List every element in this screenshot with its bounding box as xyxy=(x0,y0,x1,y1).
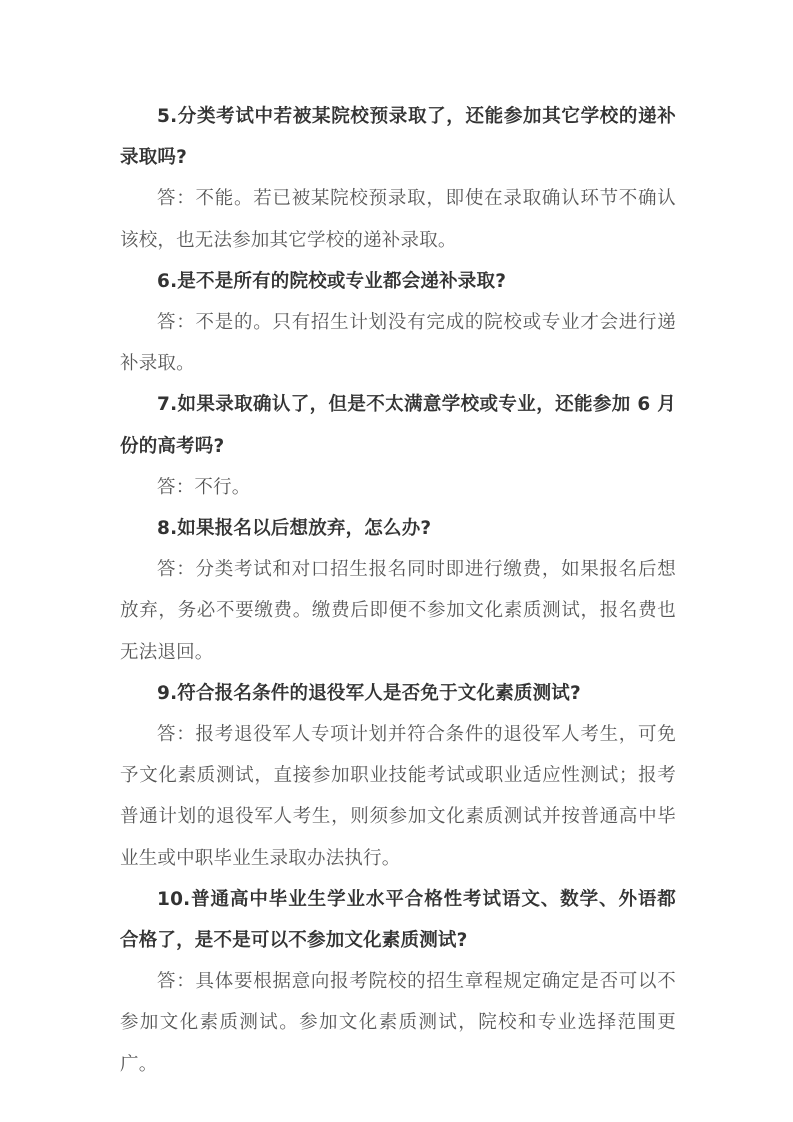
faq-question-7: 7.如果录取确认了，但是不太满意学校或专业，还能参加 6 月份的高考吗? xyxy=(120,384,676,466)
faq-question-10: 10.普通高中毕业生学业水平合格性考试语文、数学、外语都合格了，是不是可以不参加… xyxy=(120,879,676,961)
faq-answer-5: 答：不能。若已被某院校预录取，即使在录取确认环节不确认该校，也无法参加其它学校的… xyxy=(120,178,676,260)
document-page: 5.分类考试中若被某院校预录取了，还能参加其它学校的递补录取吗? 答：不能。若已… xyxy=(120,96,676,1085)
faq-question-5: 5.分类考试中若被某院校预录取了，还能参加其它学校的递补录取吗? xyxy=(120,96,676,178)
faq-question-8: 8.如果报名以后想放弃，怎么办? xyxy=(120,508,676,549)
faq-answer-10: 答：具体要根据意向报考院校的招生章程规定确定是否可以不参加文化素质测试。参加文化… xyxy=(120,961,676,1085)
faq-question-9: 9.符合报名条件的退役军人是否免于文化素质测试? xyxy=(120,673,676,714)
faq-question-6: 6.是不是所有的院校或专业都会递补录取? xyxy=(120,261,676,302)
faq-answer-6: 答：不是的。只有招生计划没有完成的院校或专业才会进行递补录取。 xyxy=(120,302,676,384)
faq-answer-8: 答：分类考试和对口招生报名同时即进行缴费，如果报名后想放弃，务必不要缴费。缴费后… xyxy=(120,549,676,673)
faq-answer-9: 答：报考退役军人专项计划并符合条件的退役军人考生，可免予文化素质测试，直接参加职… xyxy=(120,714,676,879)
faq-answer-7: 答：不行。 xyxy=(120,467,676,508)
